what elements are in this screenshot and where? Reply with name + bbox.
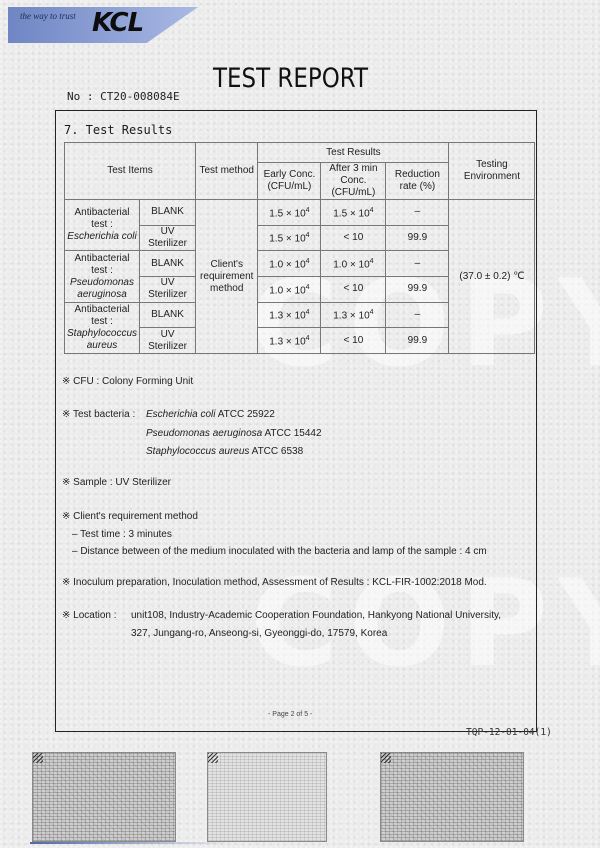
after-conc-cell: < 10 — [321, 328, 386, 354]
header-test-method: Test method — [196, 143, 258, 200]
test-label: Antibacterial test : — [65, 207, 139, 231]
reduction-rate-cell: 99.9 — [386, 328, 449, 354]
test-label: Antibacterial test : — [65, 253, 139, 277]
reduction-rate-cell: – — [386, 251, 449, 277]
header-test-items: Test Items — [65, 143, 196, 200]
sample-cell: BLANK — [140, 200, 196, 226]
section-title: 7. Test Results — [64, 123, 172, 137]
security-pattern-strip — [207, 752, 327, 842]
organism-name: Staphylococcus aureus — [65, 328, 139, 352]
early-conc-cell: 1.3 × 104 — [258, 302, 321, 328]
note-method-title: ※ Client's requirement method — [62, 511, 198, 522]
test-item-cell: Antibacterial test :Escherichia coli — [65, 200, 140, 251]
method-item: – Test time : 3 minutes — [72, 529, 172, 540]
header-test-results: Test Results — [258, 143, 449, 163]
environment-cell: (37.0 ± 0.2) ℃ — [449, 200, 535, 354]
bacteria-strain: ATCC 25922 — [218, 409, 275, 420]
header-testing-environment: Testing Environment — [449, 143, 535, 200]
early-conc-cell: 1.5 × 104 — [258, 200, 321, 226]
reduction-rate-cell: 99.9 — [386, 277, 449, 303]
early-conc-cell: 1.0 × 104 — [258, 277, 321, 303]
header-after-conc: After 3 min Conc. (CFU/mL) — [321, 163, 386, 200]
after-conc-cell: 1.5 × 104 — [321, 200, 386, 226]
reduction-rate-cell: – — [386, 200, 449, 226]
bacteria-item: Staphylococcus aureus ATCC 6538 — [146, 446, 303, 457]
table-row: Antibacterial test :Escherichia coliBLAN… — [65, 200, 535, 226]
early-conc-cell: 1.5 × 104 — [258, 225, 321, 251]
bacteria-name: Escherichia coli — [146, 409, 215, 420]
bacteria-name: Pseudomonas aeruginosa — [146, 428, 262, 439]
test-label: Antibacterial test : — [65, 304, 139, 328]
security-pattern-strip — [32, 752, 176, 842]
test-item-cell: Antibacterial test :Staphylococcus aureu… — [65, 302, 140, 353]
early-conc-cell: 1.0 × 104 — [258, 251, 321, 277]
note-cfu: ※ CFU : Colony Forming Unit — [62, 376, 193, 387]
location-line: unit108, Industry-Academic Cooperation F… — [131, 610, 501, 621]
organism-name: Pseudomonas aeruginosa — [65, 277, 139, 301]
note-inoculum: ※ Inoculum preparation, Inoculation meth… — [62, 577, 487, 588]
page-title: TEST REPORT — [213, 63, 368, 94]
header-early-conc: Early Conc. (CFU/mL) — [258, 163, 321, 200]
bacteria-item: Pseudomonas aeruginosa ATCC 15442 — [146, 428, 322, 439]
method-cell: Client's requirement method — [196, 200, 258, 354]
organism-name: Escherichia coli — [65, 231, 139, 243]
sample-cell: UV Sterilizer — [140, 328, 196, 354]
note-bacteria-label: ※ Test bacteria : — [62, 409, 135, 420]
results-table: Test Items Test method Test Results Test… — [64, 142, 535, 354]
sample-cell: BLANK — [140, 251, 196, 277]
corner-mark-icon — [381, 753, 391, 763]
method-item: – Distance between of the medium inocula… — [72, 546, 487, 557]
kcl-logo: KCL — [92, 8, 143, 38]
note-location-label: ※ Location : — [62, 610, 117, 621]
bacteria-item: Escherichia coli ATCC 25922 — [146, 409, 275, 420]
security-pattern-strip — [380, 752, 524, 842]
reduction-rate-cell: 99.9 — [386, 225, 449, 251]
test-item-cell: Antibacterial test :Pseudomonas aerugino… — [65, 251, 140, 302]
form-code: TQP-12-01-04(1) — [466, 727, 552, 738]
document-number: No : CT20-008084E — [67, 90, 180, 103]
after-conc-cell: 1.0 × 104 — [321, 251, 386, 277]
sample-cell: UV Sterilizer — [140, 277, 196, 303]
logo-tagline: the way to trust — [20, 11, 76, 21]
location-line: 327, Jungang-ro, Anseong-si, Gyeonggi-do… — [131, 628, 387, 639]
sample-cell: UV Sterilizer — [140, 225, 196, 251]
corner-mark-icon — [33, 753, 43, 763]
bacteria-name: Staphylococcus aureus — [146, 446, 249, 457]
after-conc-cell: < 10 — [321, 225, 386, 251]
header-reduction-rate: Reduction rate (%) — [386, 163, 449, 200]
page-number: - Page 2 of 5 - — [268, 711, 312, 718]
bacteria-strain: ATCC 6538 — [252, 446, 304, 457]
corner-mark-icon — [208, 753, 218, 763]
bottom-rule — [30, 842, 230, 844]
after-conc-cell: 1.3 × 104 — [321, 302, 386, 328]
note-sample: ※ Sample : UV Sterilizer — [62, 477, 171, 488]
reduction-rate-cell: – — [386, 302, 449, 328]
sample-cell: BLANK — [140, 302, 196, 328]
bacteria-strain: ATCC 15442 — [264, 428, 321, 439]
after-conc-cell: < 10 — [321, 277, 386, 303]
early-conc-cell: 1.3 × 104 — [258, 328, 321, 354]
